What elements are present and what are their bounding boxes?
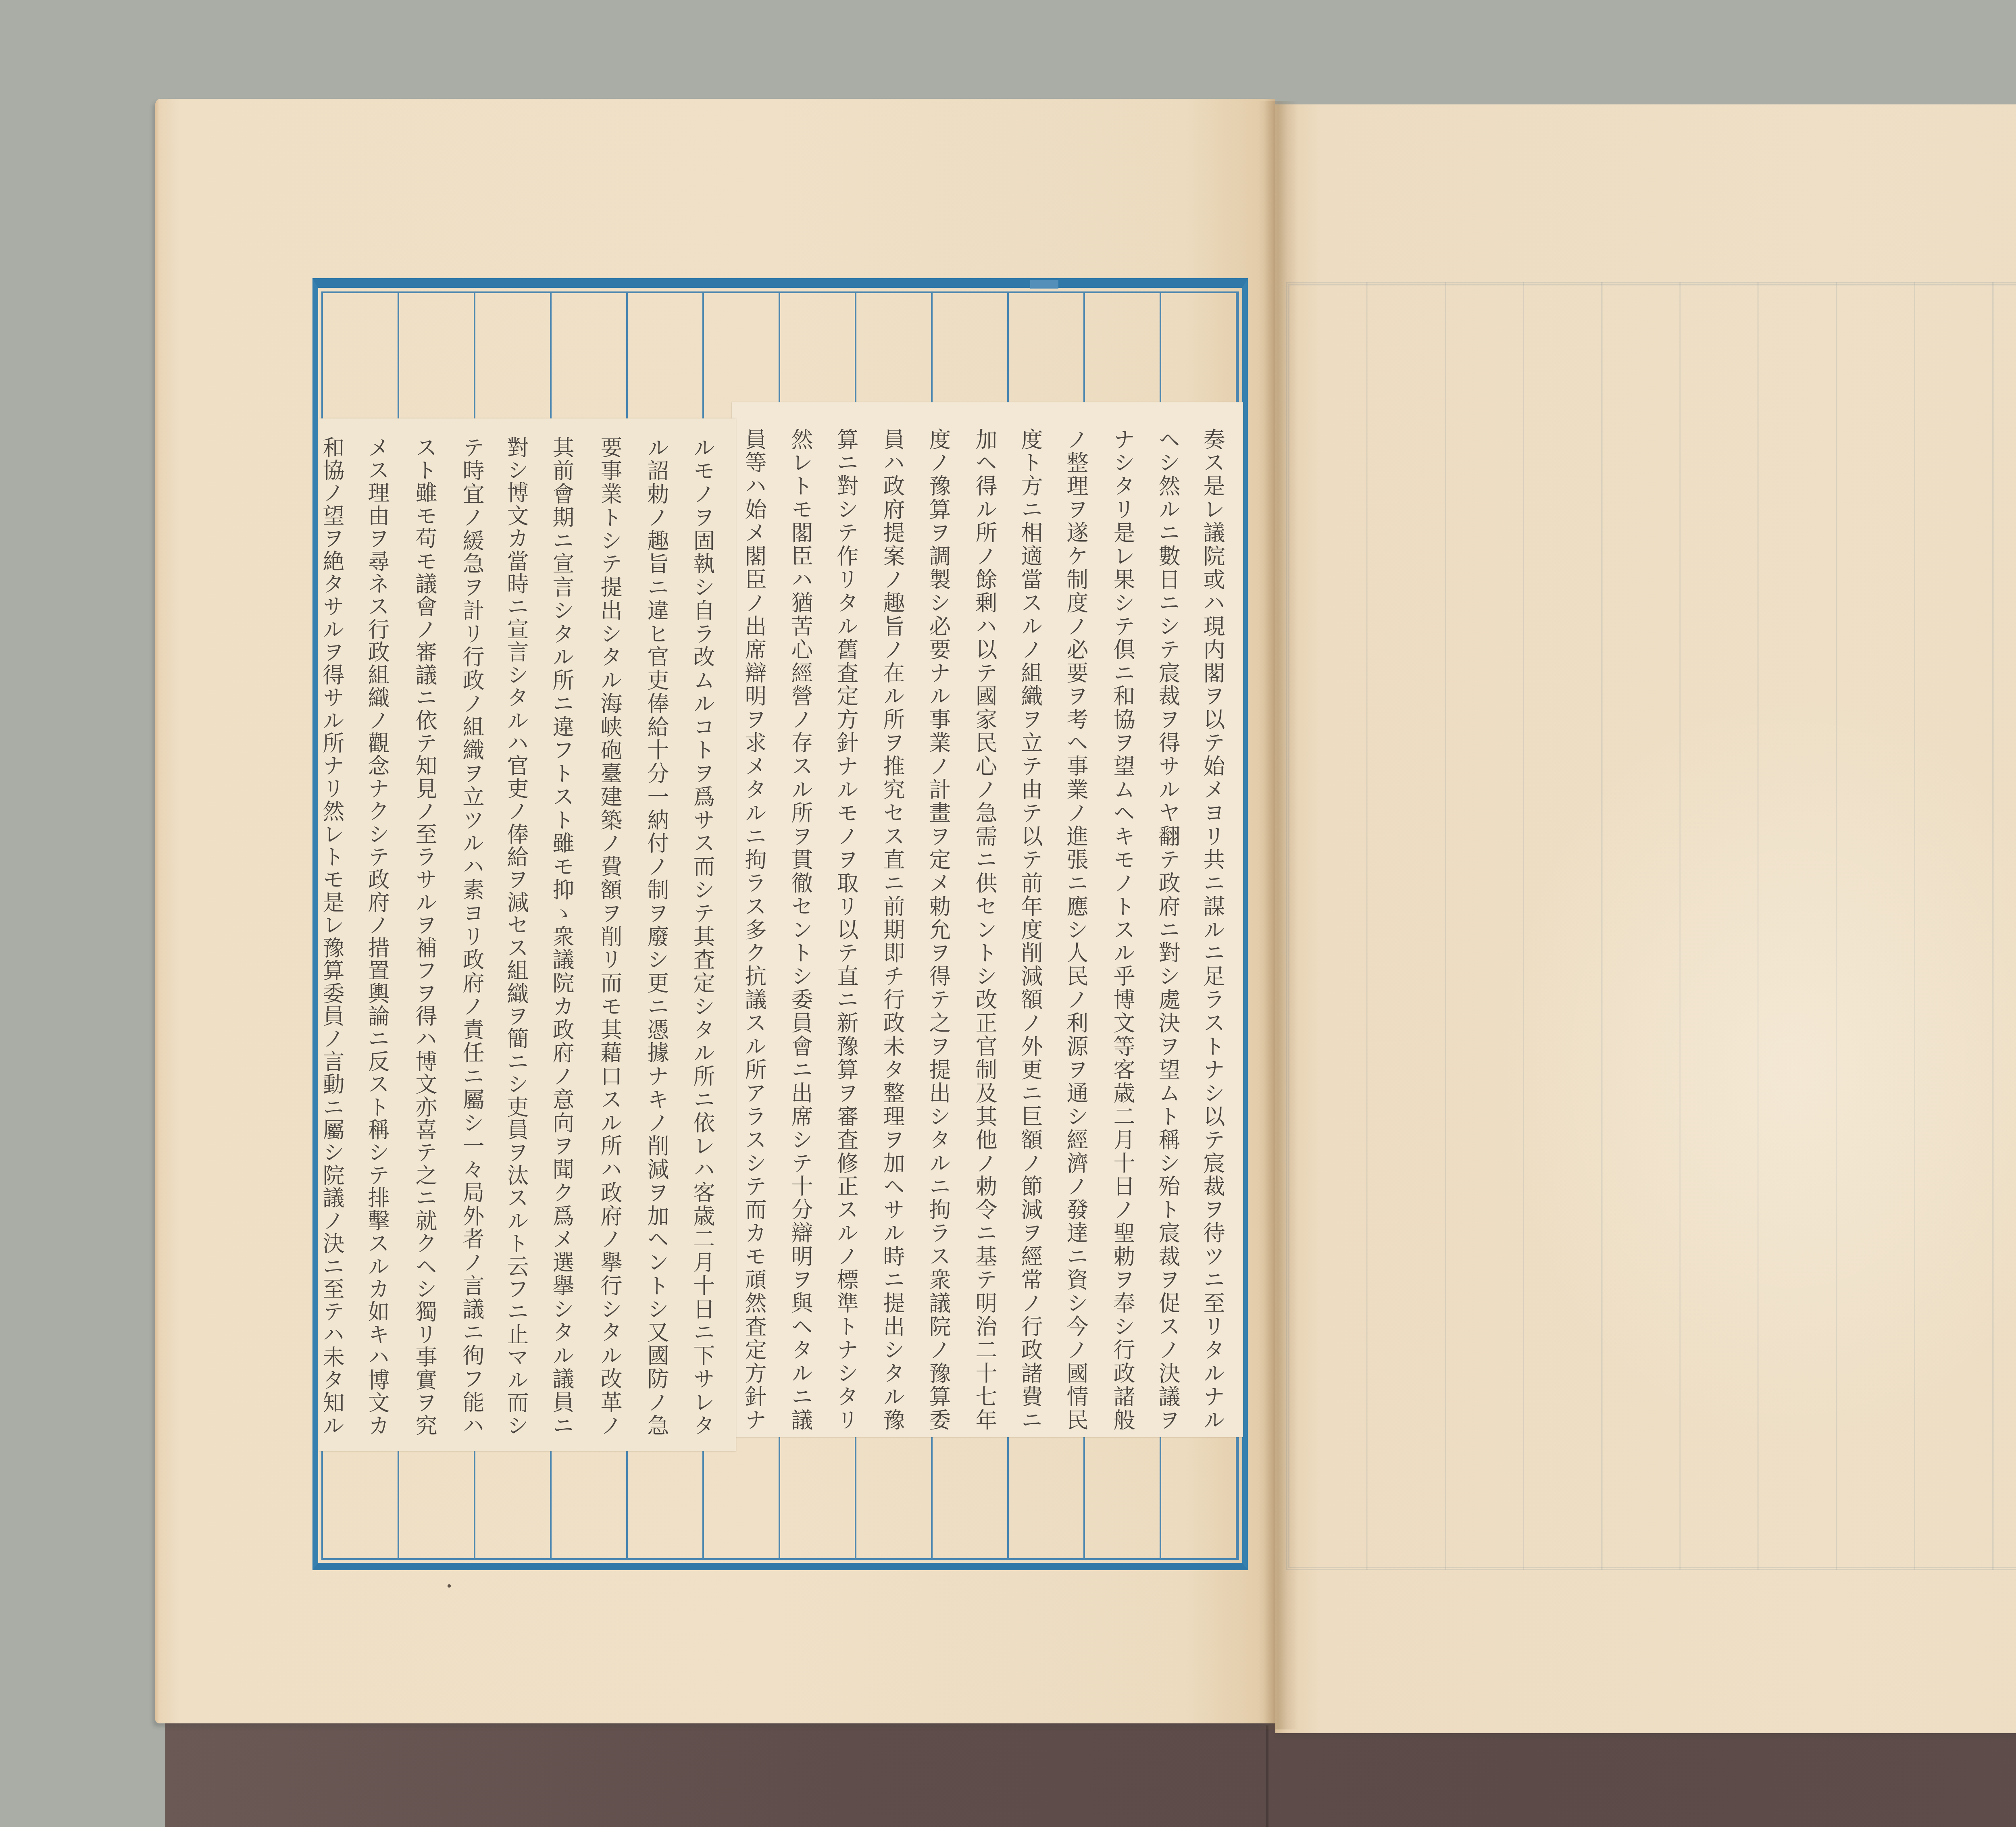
- text-column: ル詔勅ノ趣旨ニ違ヒ官吏俸給十分一納付ノ制ヲ廢シ更ニ憑據ナキノ削減ヲ加ヘントシ又國…: [643, 436, 670, 1436]
- text-column: ノ整理ヲ遂ケ制度ノ必要ヲ考ヘ事業ノ進張ニ應シ人民ノ利源ヲ通シ經濟ノ發達ニ資シ今ノ…: [1062, 428, 1089, 1430]
- text-column: 奏ス是レ議院或ハ現内閣ヲ以テ始メヨリ共ニ謀ルニ足ラストナシ以テ宸裁ヲ待ツニ至リタ…: [1199, 428, 1226, 1430]
- text-column: 對シ博文カ當時ニ宣言シタルハ官吏ノ俸給ヲ減セス組織ヲ簡ニシ吏員ヲ汰スルト云フニ止…: [503, 436, 529, 1436]
- text-column: 度ノ豫算ヲ調製シ必要ナル事業ノ計畫ヲ定メ勅允ヲ得テ之ヲ提出シタルニ拘ラス衆議院ノ…: [925, 428, 952, 1430]
- text-column: 其前會期ニ宣言シタル所ニ違フトスト雖モ抑ゝ衆議院カ政府ノ意向ヲ聞ク爲メ選擧シタル…: [548, 436, 575, 1436]
- text-column: メス理由ヲ尋ネス行政組織ノ觀念ナクシテ政府ノ措置輿論ニ反スト稱シテ排擊スルカ如キ…: [364, 436, 390, 1436]
- text-column: 要事業トシテ提出シタル海峡砲臺建築ノ費額ヲ削リ而モ其藉口スル所ハ政府ノ擧行シタル…: [596, 436, 623, 1436]
- text-column: ヘシ然ルニ數日ニシテ宸裁ヲ得サルヤ翻テ政府ニ對シ處決ヲ望ムト稱シ殆ト宸裁ヲ促スノ…: [1154, 428, 1181, 1430]
- text-column: 算ニ對シテ作リタル舊査定方針ナルモノヲ取リ以テ直ニ新豫算ヲ審査修正スルノ標準トナ…: [833, 428, 859, 1430]
- text-column: 員ハ政府提案ノ趣旨ノ在ル所ヲ推究セス直ニ前期即チ行政未タ整理ヲ加ヘサル時ニ提出シ…: [879, 428, 906, 1430]
- text-column: ルモノヲ固執シ自ラ改ムルコトヲ爲サス而シテ其査定シタル所ニ依レハ客歳二月十日ニ下…: [689, 436, 716, 1436]
- text-column: ナシタリ是レ果シテ倶ニ和協ヲ望ムヘキモノトスル乎博文等客歳二月十日ノ聖勅ヲ奉シ行…: [1109, 428, 1136, 1430]
- frame-print-mark: [1030, 280, 1058, 289]
- text-column: スト雖モ苟モ議會ノ審議ニ依テ知見ノ至ラサルヲ補フヲ得ハ博文亦喜テ之ニ就クヘシ獨リ…: [411, 436, 438, 1436]
- cover-seam: [1266, 1725, 1268, 1827]
- text-column: 然レトモ閣臣ハ猶苦心經營ノ存スル所ヲ貫徹セントシ委員會ニ出席シテ十分辯明ヲ與ヘタ…: [787, 428, 814, 1430]
- text-column: 加ヘ得ル所ノ餘剰ハ以テ國家民心ノ急需ニ供セントシ改正官制及其他ノ勅令ニ基テ明治二…: [971, 428, 998, 1430]
- text-column: 度ト方ニ相適當スルノ組織ヲ立テ由テ以テ前年度削減額ノ外更ニ巨額ノ節減ヲ經常ノ行政…: [1017, 428, 1043, 1430]
- paper-speck: [448, 1584, 451, 1588]
- paper-stain: [1492, 685, 2016, 1451]
- text-column: 和協ノ望ヲ絶タサルヲ得サル所ナリ然レトモ是レ豫算委員ノ言動ニ屬シ院議ノ決ニ至テハ…: [319, 436, 345, 1436]
- text-column: テ時宜ノ緩急ヲ計リ行政ノ組織ヲ立ツルハ素ヨリ政府ノ責任ニ屬シ一々局外者ノ言議ニ徇…: [458, 436, 485, 1436]
- text-column: 員等ハ始メ閣臣ノ出席辯明ヲ求メタルニ拘ラス多ク抗議スル所アラスシテ而カモ頑然査定…: [741, 428, 767, 1430]
